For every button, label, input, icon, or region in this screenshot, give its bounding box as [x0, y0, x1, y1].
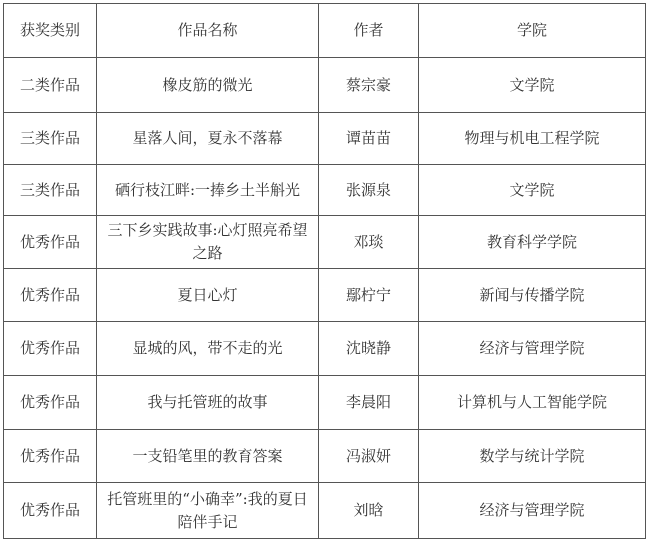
- table-row: 优秀作品 托管班里的“小确幸”:我的夏日陪伴手记 刘晗 经济与管理学院: [4, 483, 646, 539]
- cell-category: 优秀作品: [4, 483, 97, 539]
- cell-author: 谭苗苗: [319, 113, 419, 165]
- cell-college: 文学院: [419, 58, 646, 113]
- cell-category: 三类作品: [4, 165, 97, 216]
- table-row: 优秀作品 我与托管班的故事 李晨阳 计算机与人工智能学院: [4, 376, 646, 430]
- cell-college: 文学院: [419, 165, 646, 216]
- header-title: 作品名称: [97, 4, 319, 58]
- cell-category: 优秀作品: [4, 430, 97, 483]
- cell-author: 张源泉: [319, 165, 419, 216]
- header-author: 作者: [319, 4, 419, 58]
- cell-category: 优秀作品: [4, 216, 97, 269]
- cell-category: 优秀作品: [4, 322, 97, 376]
- table-row: 优秀作品 显城的风，带不走的光 沈晓静 经济与管理学院: [4, 322, 646, 376]
- table-row: 三类作品 星落人间，夏永不落幕 谭苗苗 物理与机电工程学院: [4, 113, 646, 165]
- cell-college: 教育科学学院: [419, 216, 646, 269]
- cell-title: 托管班里的“小确幸”:我的夏日陪伴手记: [97, 483, 319, 539]
- cell-category: 优秀作品: [4, 269, 97, 322]
- cell-category: 三类作品: [4, 113, 97, 165]
- cell-author: 沈晓静: [319, 322, 419, 376]
- cell-title: 我与托管班的故事: [97, 376, 319, 430]
- cell-title: 星落人间，夏永不落幕: [97, 113, 319, 165]
- cell-college: 计算机与人工智能学院: [419, 376, 646, 430]
- cell-college: 数学与统计学院: [419, 430, 646, 483]
- cell-title: 夏日心灯: [97, 269, 319, 322]
- cell-author: 邓琰: [319, 216, 419, 269]
- awards-table: 获奖类别 作品名称 作者 学院 二类作品 橡皮筋的微光 蔡宗豪 文学院 三类作品…: [3, 3, 646, 539]
- cell-author: 鄢柠宁: [319, 269, 419, 322]
- cell-title: 三下乡实践故事:心灯照亮希望之路: [97, 216, 319, 269]
- table-row: 二类作品 橡皮筋的微光 蔡宗豪 文学院: [4, 58, 646, 113]
- cell-author: 蔡宗豪: [319, 58, 419, 113]
- cell-title: 硒行枝江畔:一捧乡土半斛光: [97, 165, 319, 216]
- table-header-row: 获奖类别 作品名称 作者 学院: [4, 4, 646, 58]
- cell-title: 显城的风，带不走的光: [97, 322, 319, 376]
- cell-title: 一支铅笔里的教育答案: [97, 430, 319, 483]
- header-category: 获奖类别: [4, 4, 97, 58]
- cell-category: 优秀作品: [4, 376, 97, 430]
- cell-title: 橡皮筋的微光: [97, 58, 319, 113]
- table-row: 优秀作品 一支铅笔里的教育答案 冯淑妍 数学与统计学院: [4, 430, 646, 483]
- cell-author: 刘晗: [319, 483, 419, 539]
- table-row: 优秀作品 三下乡实践故事:心灯照亮希望之路 邓琰 教育科学学院: [4, 216, 646, 269]
- cell-author: 李晨阳: [319, 376, 419, 430]
- cell-category: 二类作品: [4, 58, 97, 113]
- cell-author: 冯淑妍: [319, 430, 419, 483]
- cell-college: 经济与管理学院: [419, 322, 646, 376]
- cell-college: 物理与机电工程学院: [419, 113, 646, 165]
- header-college: 学院: [419, 4, 646, 58]
- cell-college: 新闻与传播学院: [419, 269, 646, 322]
- cell-college: 经济与管理学院: [419, 483, 646, 539]
- table-row: 优秀作品 夏日心灯 鄢柠宁 新闻与传播学院: [4, 269, 646, 322]
- table-row: 三类作品 硒行枝江畔:一捧乡土半斛光 张源泉 文学院: [4, 165, 646, 216]
